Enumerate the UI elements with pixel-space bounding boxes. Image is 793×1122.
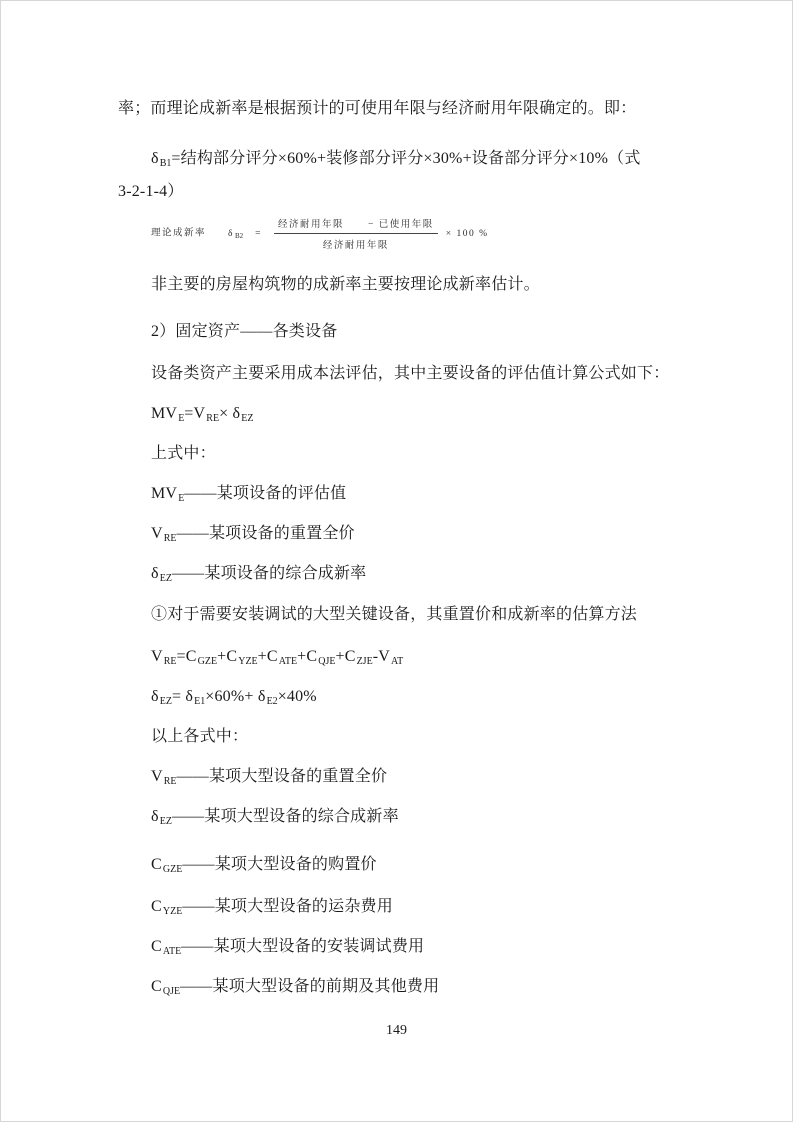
text-run: ×60%+ δ [205,688,265,705]
subscript: B2 [235,232,243,240]
text-run: − 已使用年限 [368,220,434,230]
text-run: 经济耐用年限 [278,220,344,230]
fraction-denominator: 经济耐用年限 [274,234,438,251]
text-run: 设备类资产主要采用成本法评估，其中主要设备的评估值计算公式如下： [151,365,669,382]
subscript: ATE [163,946,181,957]
text-run: C [151,856,162,873]
text-run: ①对于需要安装调试的大型关键设备，其重置价和成新率的估算方法 [151,606,637,623]
text-run: δ [151,150,159,167]
subscript: RE [206,413,219,424]
text-run: ——某项大型设备的前期及其他费用 [180,978,439,995]
text-run: V [151,648,163,665]
para-equipment-cost-method: 设备类资产主要采用成本法评估，其中主要设备的评估值计算公式如下： [118,362,680,386]
def-vre-line: VRE——某项设备的重置全价 [118,522,680,546]
document-page: 率；而理论成新率是根据预计的可使用年限与经济耐用年限确定的。即： δB1=结构部… [0,0,793,1122]
text-run: ×40% [278,688,317,705]
formula-delta-b1-line: δB1=结构部分评分×60%+装修部分评分×30%+设备部分评分×10%（式 [118,142,680,175]
text-run: MV [151,405,177,422]
subscript: ATE [279,656,297,667]
subscript: EZ [160,696,172,707]
page-number: 149 [1,1023,792,1039]
text-run: ——某项大型设备的运杂费用 [182,898,393,915]
text-run: C [151,978,162,995]
subscript: B1 [160,158,172,169]
def-mve-line: MVE——某项设备的评估值 [118,482,680,506]
text-run: δ [151,808,159,825]
text-run: +C [335,648,355,665]
text-run: ——某项设备的综合成新率 [172,565,366,582]
subscript: ZJE [357,656,373,667]
text-run: × δ [219,405,240,422]
document-body: 率；而理论成新率是根据预计的可使用年限与经济耐用年限确定的。即： δB1=结构部… [118,1,680,999]
def-dez-large-line: δEZ——某项大型设备的综合成新率 [118,805,680,829]
fraction-numerator: 经济耐用年限− 已使用年限 [274,216,438,234]
subscript: EZ [160,816,172,827]
text-run: 上式中： [151,445,216,462]
text-run: ——某项设备的评估值 [184,485,346,502]
text-run: ——某项大型设备的综合成新率 [172,808,399,825]
text-run: =V [184,405,205,422]
def-cgze-line: CGZE——某项大型设备的购置价 [118,853,680,877]
formula-multiplier: × 100 % [446,229,489,239]
para-theoretical-estimate: 非主要的房屋构筑物的成新率主要按理论成新率估计。 [118,273,680,297]
formula-code-line: 3-2-1-4） [118,175,680,208]
para-theoretical-rate-continuation: 率；而理论成新率是根据预计的可使用年限与经济耐用年限确定的。即： [118,97,680,121]
text-run: 2）固定资产——各类设备 [151,323,337,340]
subscript: E2 [267,696,278,707]
def-cyze-line: CYZE——某项大型设备的运杂费用 [118,895,680,919]
formula-label: 理论成新率 [151,229,206,239]
subscript: RE [164,776,177,787]
text-run: δ [228,229,234,239]
subscript: QJE [318,656,335,667]
formula-equals: = [255,229,262,239]
text-run: V [151,525,163,542]
text-run: C [151,938,162,955]
subscript: RE [164,656,177,667]
para-above-formula-label: 上式中： [118,442,680,466]
text-run: +C [217,648,237,665]
formula-delta-symbol: δB2 [228,229,243,239]
text-run: V [151,768,163,785]
text-run: 以上各式中： [151,728,248,745]
text-run: =C [177,648,197,665]
para-all-formulas-label: 以上各式中： [118,725,680,749]
formula-vre-sum-line: VRE=CGZE+CYZE+CATE+CQJE+CZJE-VAT [118,645,680,669]
def-vre-large-line: VRE——某项大型设备的重置全价 [118,765,680,789]
subscript: E1 [194,696,205,707]
text-run: = δ [172,688,193,705]
subscript: RE [164,533,177,544]
text-run: -V [373,648,390,665]
text-run: 率；而理论成新率是根据预计的可使用年限与经济耐用年限确定的。即： [118,100,636,117]
para-large-equipment-method: ①对于需要安装调试的大型关键设备，其重置价和成新率的估算方法 [118,603,680,627]
subscript: YZE [163,906,182,917]
subscript: GZE [198,656,217,667]
text-run: +C [258,648,278,665]
text-run: 非主要的房屋构筑物的成新率主要按理论成新率估计。 [151,276,540,293]
def-cqje-line: CQJE——某项大型设备的前期及其他费用 [118,975,680,999]
text-run: ——某项大型设备的重置全价 [177,768,388,785]
theoretical-newness-rate-formula: 理论成新率δB2=经济耐用年限− 已使用年限经济耐用年限× 100 % [151,216,680,251]
text-run: δ [151,688,159,705]
subscript: EZ [160,573,172,584]
text-run: C [151,898,162,915]
subscript: AT [391,656,403,667]
text-run: ——某项设备的重置全价 [177,525,355,542]
text-run: ——某项大型设备的购置价 [182,856,376,873]
text-run: =结构部分评分×60%+装修部分评分×30%+设备部分评分×10%（式 [171,150,640,167]
subscript: YZE [238,656,257,667]
def-cate-line: CATE——某项大型设备的安装调试费用 [118,935,680,959]
text-run: δ [151,565,159,582]
formula-mve-line: MVE=VRE× δEZ [118,402,680,426]
text-run: 3-2-1-4） [118,183,184,200]
subscript: EZ [241,413,253,424]
text-run: +C [297,648,317,665]
text-run: ——某项大型设备的安装调试费用 [181,938,424,955]
formula-dez-weighted-line: δEZ= δE1×60%+ δE2×40% [118,685,680,709]
def-dez-line: δEZ——某项设备的综合成新率 [118,562,680,586]
subscript: GZE [163,864,182,875]
subscript: QJE [163,986,180,997]
formula-fraction: 经济耐用年限− 已使用年限经济耐用年限 [274,216,438,251]
heading-fixed-assets-equipment: 2）固定资产——各类设备 [118,320,680,344]
text-run: MV [151,485,177,502]
